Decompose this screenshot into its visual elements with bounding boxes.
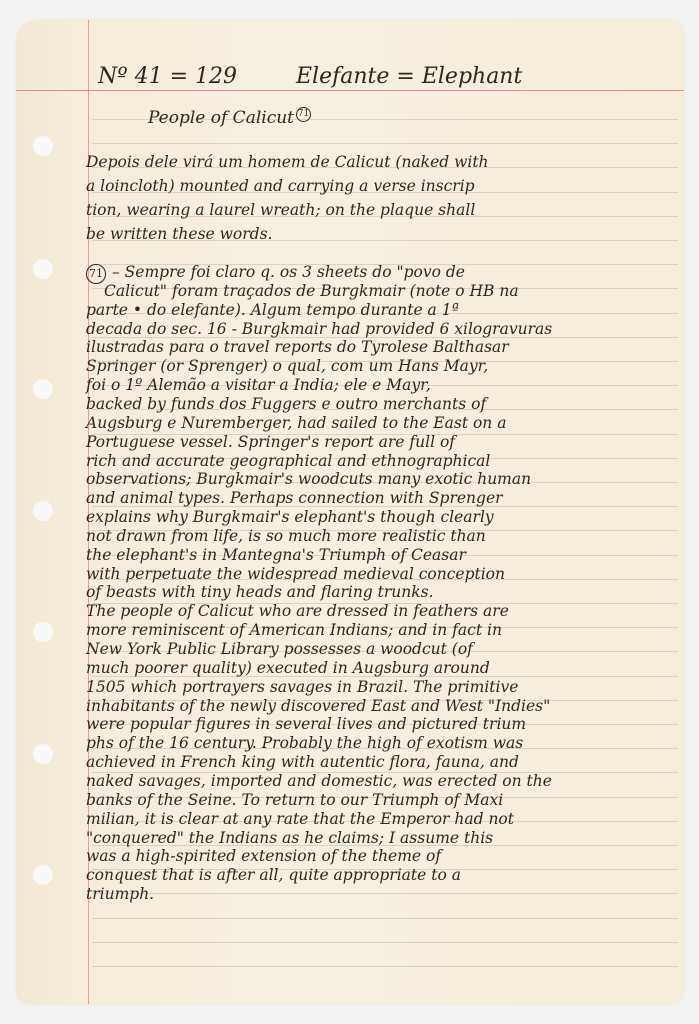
ruled-line bbox=[92, 918, 678, 919]
note-line: triumph. bbox=[86, 882, 154, 906]
note-marker: 71 bbox=[86, 264, 106, 284]
header-rule bbox=[16, 90, 684, 91]
ruled-line bbox=[92, 966, 678, 967]
ruled-line bbox=[92, 942, 678, 943]
entry-title: Elefante = Elephant bbox=[296, 65, 522, 89]
punch-hole bbox=[33, 622, 53, 642]
intro-line: tion, wearing a laurel wreath; on the pl… bbox=[86, 198, 475, 222]
notebook-page: Nº 41 = 129 Elefante = Elephant People o… bbox=[16, 20, 684, 1004]
ruled-line bbox=[92, 893, 678, 894]
punch-hole bbox=[33, 501, 53, 521]
punch-hole bbox=[33, 744, 53, 764]
entry-number: Nº 41 = 129 bbox=[98, 65, 237, 89]
section-subtitle: People of Calicut71 bbox=[148, 106, 311, 130]
punch-hole bbox=[33, 259, 53, 279]
punch-hole bbox=[33, 136, 53, 156]
subtitle-text: People of Calicut bbox=[148, 108, 294, 128]
footnote-mark: 71 bbox=[296, 107, 311, 122]
intro-line: be written these words. bbox=[86, 222, 272, 246]
intro-line: a loincloth) mounted and carrying a vers… bbox=[86, 174, 475, 198]
intro-line: Depois dele virá um homem de Calicut (na… bbox=[86, 150, 489, 174]
punch-hole bbox=[33, 379, 53, 399]
punch-hole bbox=[33, 865, 53, 885]
ruled-line bbox=[92, 143, 678, 144]
